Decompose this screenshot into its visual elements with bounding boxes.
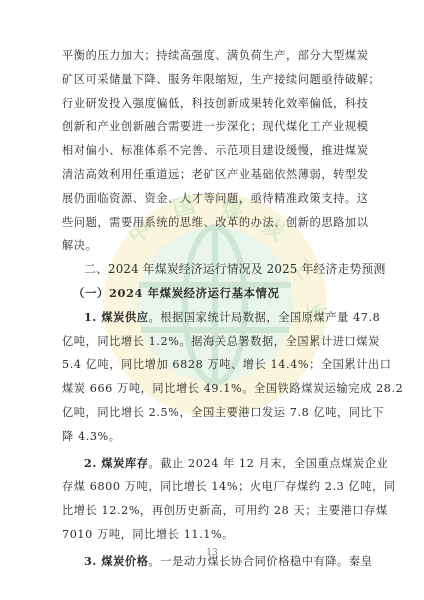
item-text: 。截止 2024 年 12 月末，全国重点煤炭企业 xyxy=(149,457,389,470)
body-line: 创新和产业创新融合需要进一步深化；现代煤化工产业规模 xyxy=(62,115,362,139)
body-line: 些问题，需要用系统的思维、改革的办法、创新的思路加以 xyxy=(62,211,362,235)
body-line: 亿吨，同比增长 1.2%。据海关总署数据，全国累计进口煤炭 xyxy=(62,330,362,354)
body-line: 7010 万吨，同比增长 11.1%。 xyxy=(62,523,362,547)
document-page: 平衡的压力加大；持续高强度、满负荷生产，部分大型煤炭 矿区可采储量下降、服务年限… xyxy=(62,44,362,574)
body-line: 展仍面临资源、资金、人才等问题，亟待精准政策支持。这 xyxy=(62,187,362,211)
body-line: 相对偏小、标准体系不完善、示范项目建设缓慢，推进煤炭 xyxy=(62,139,362,163)
body-line: 降 4.3%。 xyxy=(62,425,362,449)
page-number: 13 xyxy=(0,548,424,558)
body-line: 煤炭 666 万吨，同比增长 49.1%。全国铁路煤炭运输完成 28.2 xyxy=(62,377,362,401)
subsection-heading: （一）2024 年煤炭经济运行基本情况 xyxy=(62,282,362,306)
body-line: 比增长 12.2%，再创历史新高，可用约 28 天；主要港口存煤 xyxy=(62,499,362,523)
body-line: 清洁高效利用任重道远；老矿区产业基础依然薄弱，转型发 xyxy=(62,163,362,187)
body-line: 平衡的压力加大；持续高强度、满负荷生产，部分大型煤炭 xyxy=(62,44,362,68)
body-line: 矿区可采储量下降、服务年限缩短，生产接续问题亟待破解； xyxy=(62,68,362,92)
body-line: 解决。 xyxy=(62,234,362,258)
body-line: 亿吨，同比增长 2.5%，全国主要港口发运 7.8 亿吨，同比下 xyxy=(62,401,362,425)
item-title: 2. 煤炭库存 xyxy=(84,456,149,470)
item-text: 。根据国家统计局数据，全国原煤产量 47.8 xyxy=(149,311,381,324)
section-heading: 二、2024 年煤炭经济运行情况及 2025 年经济走势预测 xyxy=(62,258,362,282)
item-title: 1. 煤炭供应 xyxy=(84,310,149,324)
item-coal-inventory: 2. 煤炭库存。截止 2024 年 12 月末，全国重点煤炭企业 xyxy=(62,452,362,476)
body-line: 行业研发投入强度偏低，科技创新成果转化效率偏低，科技 xyxy=(62,92,362,116)
body-line: 存煤 6800 万吨，同比增长 14%；火电厂存煤约 2.3 亿吨，同 xyxy=(62,475,362,499)
body-line: 5.4 亿吨，同比增加 6828 万吨、增长 14.4%；全国累计出口 xyxy=(62,353,362,377)
item-coal-supply: 1. 煤炭供应。根据国家统计局数据，全国原煤产量 47.8 xyxy=(62,306,362,330)
